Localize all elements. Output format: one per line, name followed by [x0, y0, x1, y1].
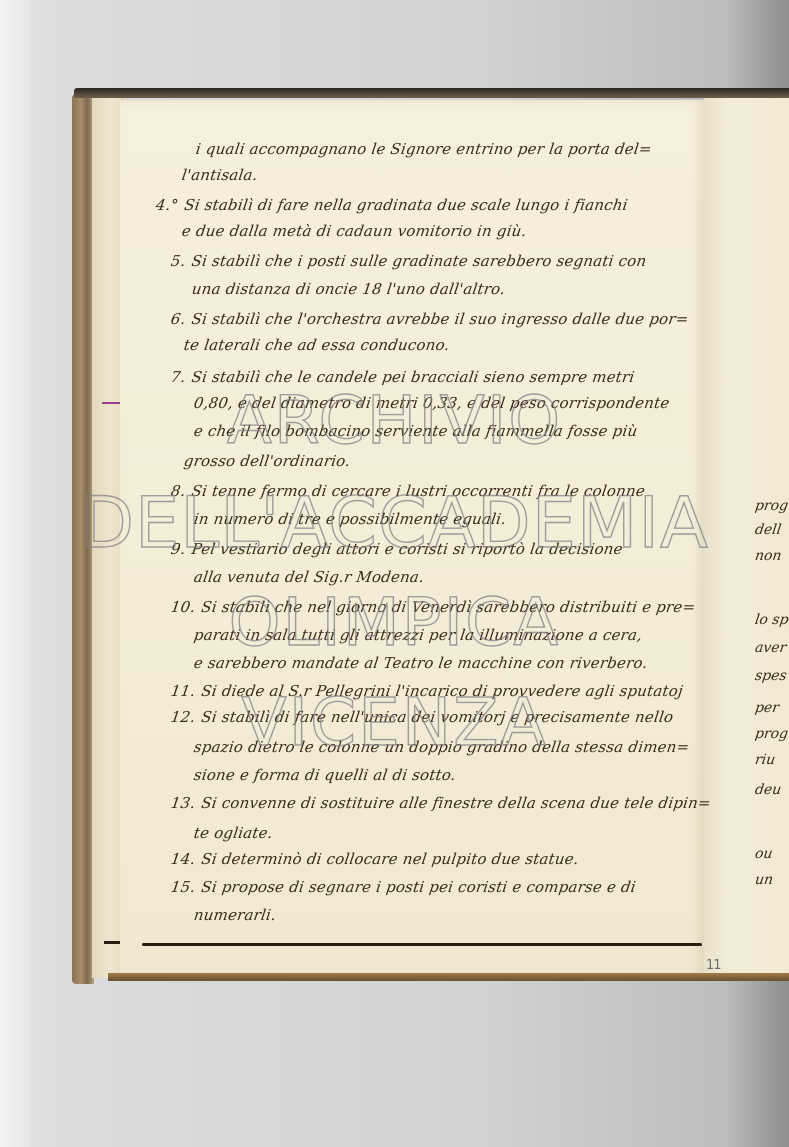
scan-border [0, 0, 30, 1147]
manuscript-line: parati in sala tutti gli attrezzi per la… [187, 626, 644, 644]
manuscript-line: e due dalla metà di cadaun vomitorio in … [175, 222, 528, 240]
manuscript-line: e sarebbero mandate al Teatro le macchin… [187, 654, 649, 672]
manuscript-line: 13.Si convenne di sostituire alle finest… [170, 794, 712, 812]
facing-page-fragment: dell [754, 522, 782, 538]
facing-page-fragment: non [754, 548, 783, 564]
manuscript-line: 15.Si propose di segnare i posti pei cor… [170, 878, 637, 896]
margin-mark-purple [102, 402, 120, 404]
facing-page-fragment: ou [754, 846, 774, 862]
page-edges [92, 98, 123, 978]
facing-page-fragment: prog [754, 726, 789, 742]
book-cover-bottom-edge [108, 973, 789, 981]
facing-page-fragment: prog [754, 498, 789, 514]
manuscript-line: te ogliate. [187, 824, 274, 842]
manuscript-line: grosso dell'ordinario. [177, 452, 352, 470]
manuscript-line: 8.Si tenne fermo di cercare i lustri occ… [170, 482, 647, 500]
manuscript-line: l'antisala. [175, 166, 259, 184]
manuscript-line: 10.Si stabilì che nel giorno di Venerdì … [170, 598, 697, 616]
facing-page-fragment: per [754, 700, 780, 716]
manuscript-line: 5.Si stabilì che i posti sulle gradinate… [170, 252, 648, 270]
facing-page-fragment: riu [754, 752, 776, 768]
manuscript-line: alla venuta del Sig.r Modena. [187, 568, 426, 586]
manuscript-line: 9.Pel vestiario degli attori e coristi s… [170, 540, 624, 558]
manuscript-line: 11.Si diede al S.r Pellegrini l'incarico… [170, 682, 684, 700]
manuscript-line: numerarli. [187, 906, 278, 924]
facing-page-fragment: deu [754, 782, 783, 798]
manuscript-line: in numero di tre e possibilmente eguali. [187, 510, 508, 528]
facing-page-fragment: aver [754, 640, 787, 656]
facing-page-fragment: spes [754, 668, 788, 684]
manuscript-line: 7.Si stabilì che le candele pei braccial… [170, 368, 636, 386]
manuscript-line: 12.Si stabilì di fare nell'unica dei vom… [170, 708, 675, 726]
facing-page [704, 98, 789, 978]
end-rule-line [142, 943, 702, 946]
margin-mark-black [104, 941, 120, 944]
manuscript-line: 0,80, e del diametro di metri 0,33, e de… [187, 394, 671, 412]
manuscript-line: una distanza di oncie 18 l'uno dall'altr… [185, 280, 507, 298]
manuscript-line: 14.Si determinò di collocare nel pulpito… [170, 850, 580, 868]
manuscript-line: e che il filo bombacino serviente alla f… [187, 422, 639, 440]
facing-page-fragment: un [754, 872, 774, 888]
manuscript-line: spazio dietro le colonne un doppio gradi… [187, 738, 691, 756]
folio-number: 11 [706, 958, 721, 973]
manuscript-line: 4.°Si stabilì di fare nella gradinata du… [155, 196, 629, 214]
facing-page-fragment: lo sp [754, 612, 789, 628]
manuscript-line: te laterali che ad essa conducono. [177, 336, 451, 354]
manuscript-line: i quali accompagnano le Signore entrino … [189, 140, 653, 158]
manuscript-line: sione e forma di quelli al di sotto. [187, 766, 457, 784]
manuscript-line: 6.Si stabilì che l'orchestra avrebbe il … [170, 310, 690, 328]
book-cover-top-edge [74, 88, 789, 98]
book-spine [72, 94, 94, 984]
